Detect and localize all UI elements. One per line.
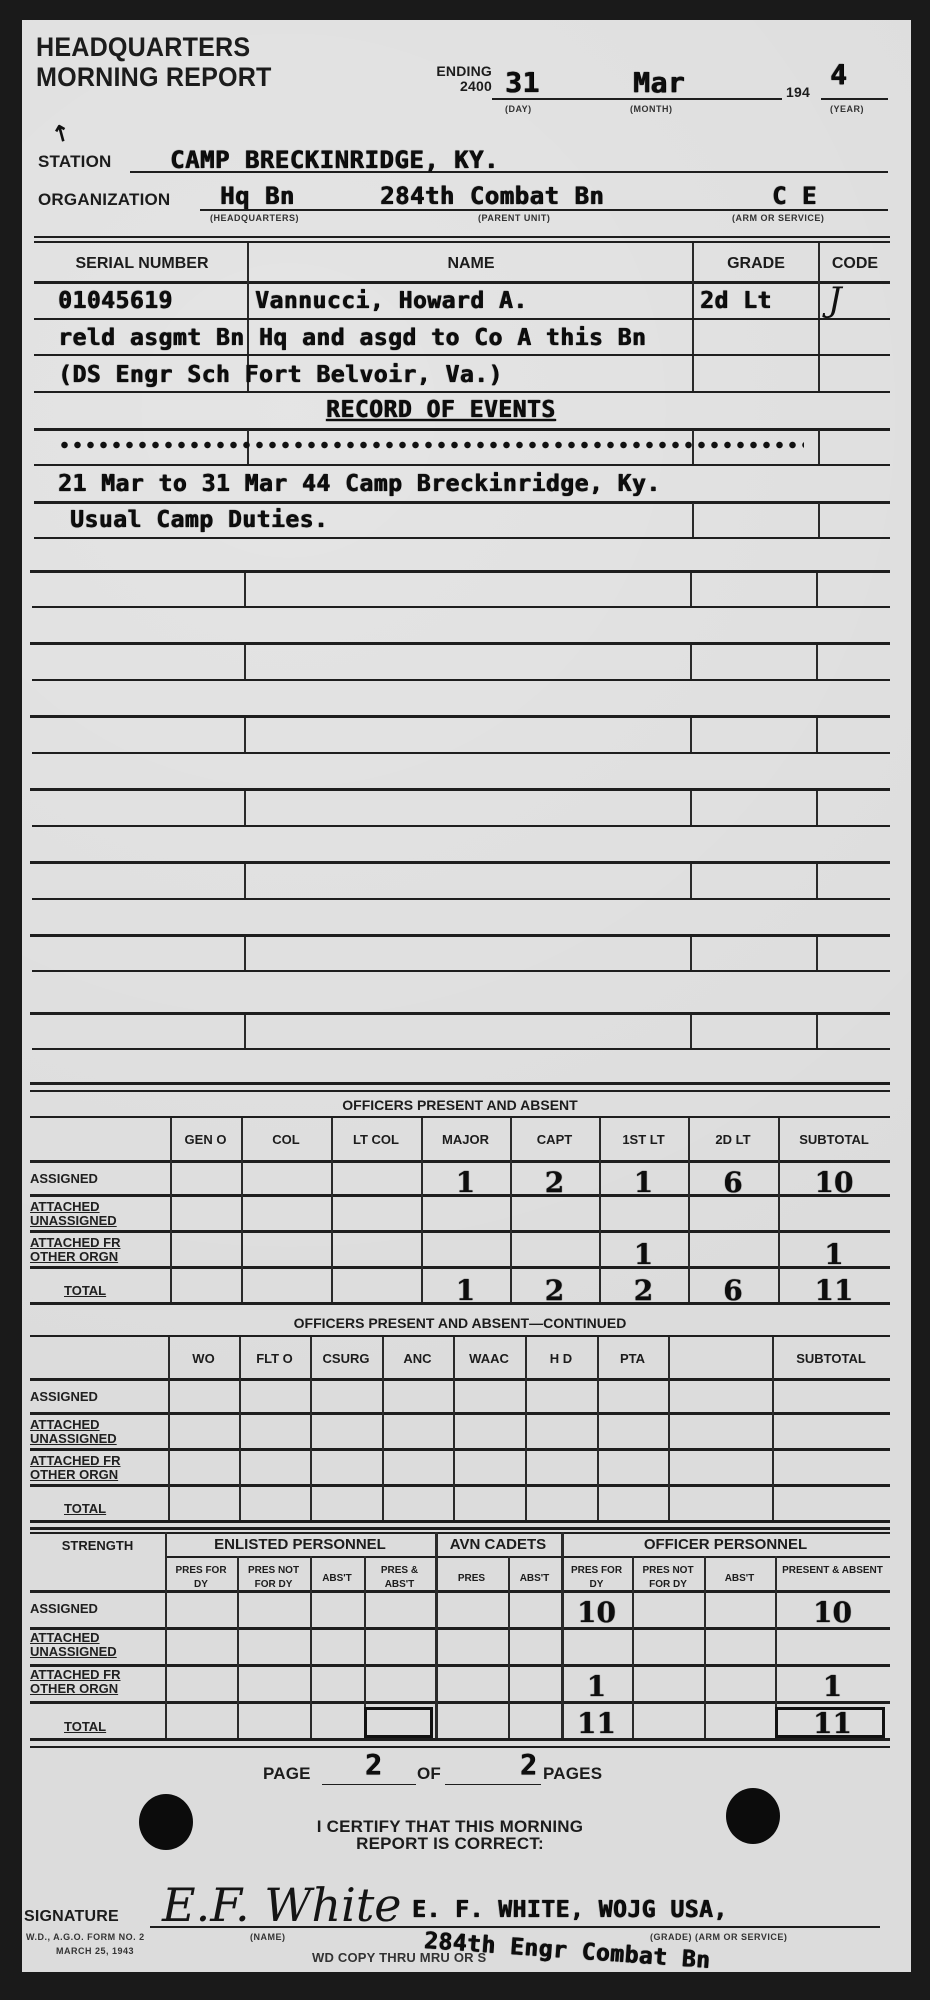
rule	[34, 537, 890, 539]
divider	[816, 1015, 818, 1048]
divider	[816, 573, 818, 606]
divider	[170, 1118, 172, 1302]
of-label: OF	[417, 1764, 441, 1784]
ending-label: ENDING 2400	[420, 64, 492, 94]
divider	[382, 1337, 384, 1520]
row-label-attached-fr-other-orgn: ATTACHED FR OTHER ORGN	[30, 1454, 160, 1482]
rule	[32, 1048, 890, 1050]
divider	[244, 1015, 246, 1048]
rule	[34, 464, 890, 466]
officers-table-title: OFFICERS PRESENT AND ABSENT	[30, 1097, 890, 1113]
row-label-assigned: ASSIGNED	[30, 1602, 160, 1616]
station-label: STATION	[38, 152, 111, 172]
rule	[34, 391, 890, 393]
divider	[692, 243, 694, 391]
rule	[30, 642, 890, 645]
divider	[818, 430, 820, 464]
col-header: ABS'T	[704, 1572, 775, 1586]
col-header: PRES NOT FOR DY	[632, 1564, 704, 1592]
enlisted-total-box	[364, 1707, 433, 1738]
table-cell: 1	[775, 1670, 890, 1703]
ending-text: ENDING	[420, 64, 492, 79]
separator-dots	[58, 441, 804, 449]
table-cell: 10	[561, 1596, 632, 1629]
rule	[32, 825, 890, 827]
col-header: MAJOR	[421, 1132, 510, 1147]
table-cell: 1	[561, 1670, 632, 1703]
group-avn-cadets: AVN CADETS	[435, 1536, 561, 1553]
divider	[525, 1337, 527, 1520]
col-header-serial: SERIAL NUMBER	[36, 255, 248, 273]
rule	[32, 898, 890, 900]
col-header: SUBTOTAL	[778, 1132, 890, 1147]
divider	[816, 718, 818, 752]
page-number: 2	[365, 1748, 382, 1781]
divider	[599, 1118, 601, 1302]
rule	[34, 236, 890, 238]
rule	[30, 1520, 890, 1523]
day-caption: (DAY)	[505, 104, 532, 114]
remark-line-1: reld asgmt Bn Hq and asgd to Co A this B…	[58, 325, 646, 351]
divider	[690, 937, 692, 970]
col-header: H D	[525, 1351, 597, 1366]
divider	[668, 1337, 670, 1520]
divider	[561, 1532, 564, 1738]
divider	[244, 573, 246, 606]
divider	[241, 1118, 243, 1302]
pages-underline	[445, 1784, 541, 1785]
punch-hole-right	[726, 1788, 780, 1844]
col-header: PTA	[597, 1351, 668, 1366]
divider	[816, 937, 818, 970]
rule	[32, 606, 890, 608]
parent-unit-caption: (PARENT UNIT)	[478, 213, 550, 223]
divider	[772, 1337, 774, 1520]
rule	[30, 1664, 890, 1667]
rule	[30, 1484, 890, 1487]
row-label-assigned: ASSIGNED	[30, 1172, 160, 1186]
title-line-2: MORNING REPORT	[36, 62, 272, 92]
divider	[237, 1556, 239, 1738]
col-header: ABS'T	[508, 1572, 561, 1586]
divider	[816, 791, 818, 825]
row-label-assigned: ASSIGNED	[30, 1390, 160, 1404]
divider	[244, 718, 246, 752]
rule	[30, 1194, 890, 1197]
divider	[244, 645, 246, 679]
divider	[692, 503, 694, 537]
rule	[30, 1266, 890, 1269]
divider	[690, 718, 692, 752]
rule	[30, 788, 890, 791]
serial-value: 01045619	[58, 288, 173, 314]
year-value: 4	[830, 58, 847, 91]
row-label-attached-fr-other-orgn: ATTACHED FR OTHER ORGN	[30, 1236, 160, 1264]
col-header: FLT O	[239, 1351, 310, 1366]
organization-label: ORGANIZATION	[38, 190, 170, 210]
group-officer-personnel: OFFICER PERSONNEL	[561, 1536, 890, 1553]
rule	[30, 1532, 890, 1534]
certification-text: I CERTIFY THAT THIS MORNING REPORT IS CO…	[200, 1818, 700, 1852]
year-caption: (YEAR)	[830, 104, 864, 114]
rule	[34, 501, 890, 504]
rule	[30, 1090, 890, 1092]
event-line-2: Usual Camp Duties.	[70, 507, 328, 533]
rule	[30, 1335, 890, 1337]
year-prefix: 194	[786, 84, 810, 100]
rule	[30, 1082, 890, 1085]
divider	[435, 1532, 438, 1738]
divider	[690, 791, 692, 825]
strength-corner-label: STRENGTH	[30, 1538, 165, 1553]
certify-line-1: I CERTIFY THAT THIS MORNING	[200, 1818, 700, 1835]
certify-line-2: REPORT IS CORRECT:	[200, 1835, 700, 1852]
name-caption: (NAME)	[250, 1932, 286, 1942]
rule	[30, 1746, 890, 1748]
rule	[30, 570, 890, 573]
divider	[818, 243, 820, 391]
col-header: PRES & ABS'T	[364, 1564, 435, 1592]
divider	[165, 1532, 167, 1738]
grade-arm-caption: (GRADE) (ARM OR SERVICE)	[650, 1932, 787, 1942]
rule	[30, 1116, 890, 1118]
col-header: CAPT	[510, 1132, 599, 1147]
form-title: HEADQUARTERS MORNING REPORT	[36, 32, 272, 92]
divider	[816, 645, 818, 679]
rule	[34, 354, 890, 356]
col-header: ANC	[382, 1351, 453, 1366]
code-value: J	[828, 280, 842, 320]
org-parent-unit-value: 284th Combat Bn	[380, 182, 604, 210]
col-header: SUBTOTAL	[772, 1351, 890, 1366]
col-header-grade: GRADE	[694, 255, 818, 273]
name-value: Vannucci, Howard A.	[255, 288, 528, 314]
col-header-code: CODE	[820, 255, 890, 273]
page-label: PAGE	[263, 1764, 311, 1784]
divider	[453, 1337, 455, 1520]
divider	[244, 791, 246, 825]
officer-total-box	[775, 1707, 885, 1738]
org-headquarters-value: Hq Bn	[220, 182, 295, 210]
col-header: PRESENT & ABSENT	[775, 1564, 890, 1578]
divider	[168, 1337, 170, 1520]
col-header: PRES	[435, 1572, 508, 1586]
rule	[30, 1160, 890, 1163]
divider	[510, 1118, 512, 1302]
col-header-name: NAME	[250, 255, 692, 273]
ending-time: 2400	[420, 79, 492, 94]
rule	[34, 428, 890, 431]
rule	[30, 1302, 890, 1305]
col-header: WAAC	[453, 1351, 525, 1366]
divider	[778, 1118, 780, 1302]
divider	[690, 864, 692, 898]
rule	[30, 1412, 890, 1415]
grade-value: 2d Lt	[700, 288, 772, 314]
event-line-1: 21 Mar to 31 Mar 44 Camp Breckinridge, K…	[58, 471, 661, 497]
pages-label: PAGES	[543, 1764, 602, 1784]
rule	[30, 934, 890, 937]
divider	[310, 1337, 312, 1520]
table-cell: 10	[775, 1596, 890, 1629]
page-underline	[322, 1784, 416, 1785]
rule	[30, 1627, 890, 1630]
rule	[30, 1230, 890, 1233]
divider	[421, 1118, 423, 1302]
rule	[30, 715, 890, 718]
punch-hole-left	[139, 1794, 193, 1850]
divider	[690, 1015, 692, 1048]
col-header: ABS'T	[310, 1572, 364, 1586]
rule	[30, 861, 890, 864]
divider	[816, 864, 818, 898]
day-value: 31	[505, 66, 540, 99]
org-arm-value: C E	[772, 182, 817, 210]
rule	[165, 1556, 890, 1558]
divider	[310, 1556, 312, 1738]
handwritten-signature: E.F. White	[162, 1878, 402, 1932]
col-header: LT COL	[331, 1132, 421, 1147]
year-underline	[821, 98, 888, 100]
signer-typed-name: E. F. WHITE, WOJG USA,	[412, 1897, 728, 1923]
rule	[30, 1527, 890, 1530]
form-date: MARCH 25, 1943	[56, 1946, 134, 1956]
col-header: PRES FOR DY	[561, 1564, 632, 1592]
rule	[30, 1590, 890, 1593]
rule	[30, 1378, 890, 1381]
rule	[30, 1738, 890, 1741]
table-cell: 11	[561, 1707, 632, 1740]
divider	[244, 937, 246, 970]
rule	[30, 1701, 890, 1704]
col-header: 1ST LT	[599, 1132, 688, 1147]
signature-label: SIGNATURE	[24, 1908, 119, 1926]
divider	[690, 645, 692, 679]
row-label-attached-unassigned: ATTACHED UNASSIGNED	[30, 1200, 160, 1228]
row-label-attached-unassigned: ATTACHED UNASSIGNED	[30, 1631, 160, 1659]
divider	[690, 573, 692, 606]
row-label-attached-unassigned: ATTACHED UNASSIGNED	[30, 1418, 160, 1446]
col-header: GEN O	[170, 1132, 241, 1147]
officers-cont-table-title: OFFICERS PRESENT AND ABSENT—CONTINUED	[30, 1315, 890, 1331]
divider	[688, 1118, 690, 1302]
rule	[30, 1448, 890, 1451]
rule	[34, 318, 890, 320]
rule	[32, 970, 890, 972]
group-enlisted-personnel: ENLISTED PERSONNEL	[165, 1536, 435, 1553]
col-header: COL	[241, 1132, 331, 1147]
headquarters-caption: (HEADQUARTERS)	[210, 213, 299, 223]
record-of-events-heading: RECORD OF EVENTS	[326, 397, 556, 423]
month-value: Mar	[633, 66, 685, 99]
col-header: CSURG	[310, 1351, 382, 1366]
arm-caption: (ARM OR SERVICE)	[732, 213, 824, 223]
divider	[239, 1337, 241, 1520]
divider	[632, 1556, 634, 1738]
form-number: W.D., A.G.O. FORM NO. 2	[26, 1932, 145, 1942]
row-label-attached-fr-other-orgn: ATTACHED FR OTHER ORGN	[30, 1668, 160, 1696]
rule	[34, 241, 890, 243]
rule	[34, 281, 890, 284]
row-label-total: TOTAL	[30, 1720, 194, 1734]
col-header: PRES NOT FOR DY	[237, 1564, 310, 1592]
divider	[331, 1118, 333, 1302]
month-caption: (MONTH)	[630, 104, 673, 114]
divider	[508, 1556, 510, 1738]
divider	[704, 1556, 706, 1738]
station-value: CAMP BRECKINRIDGE, KY.	[170, 146, 499, 174]
divider	[818, 503, 820, 537]
rule	[32, 752, 890, 754]
remark-line-2: (DS Engr Sch Fort Belvoir, Va.)	[58, 362, 503, 388]
col-header: WO	[168, 1351, 239, 1366]
divider	[597, 1337, 599, 1520]
rule	[30, 1012, 890, 1015]
title-line-1: HEADQUARTERS	[36, 32, 272, 62]
divider	[244, 864, 246, 898]
rule	[32, 679, 890, 681]
col-header: PRES FOR DY	[165, 1564, 237, 1592]
total-pages: 2	[520, 1748, 537, 1781]
col-header: 2D LT	[688, 1132, 778, 1147]
